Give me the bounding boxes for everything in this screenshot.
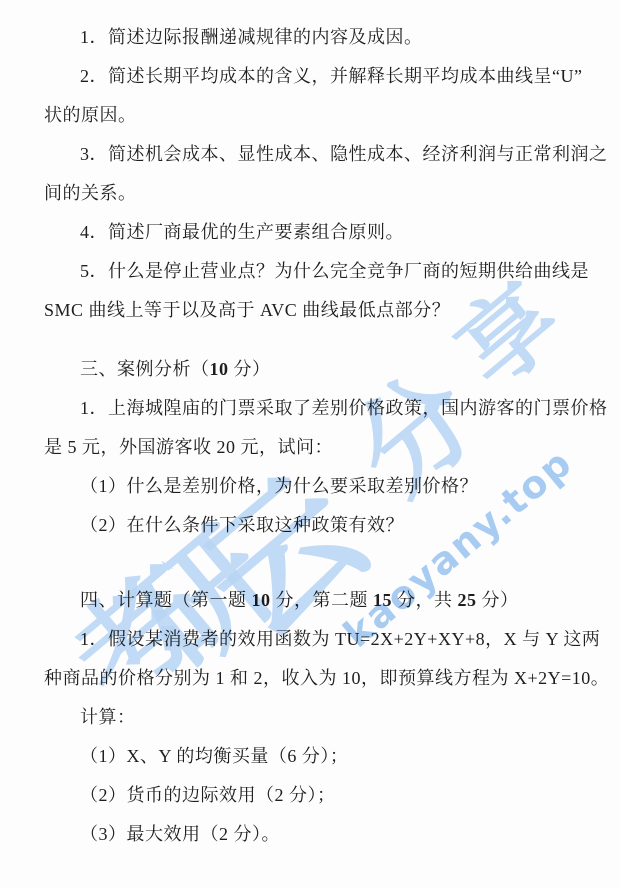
text-layer: 1．简述边际报酬递减规律的内容及成因。2．简述长期平均成本的含义，并解释长期平均… [0, 0, 620, 888]
question-2-4: 4．简述厂商最优的生产要素组合原则。 [44, 213, 614, 252]
question-2-3b: 间的关系。 [44, 174, 614, 213]
question-2-3a: 3．简述机会成本、显性成本、隐性成本、经济利润与正常利润之 [44, 135, 614, 174]
text-segment: （1）什么是差别价格，为什么要采取差别价格？ [80, 476, 478, 496]
question-4-1-sub3: （3）最大效用（2 分）。 [44, 815, 614, 854]
text-segment: 是 5 元，外国游客收 20 元，试问： [44, 437, 333, 457]
text-segment: 1．简述边际报酬递减规律的内容及成因。 [80, 27, 423, 47]
question-2-5a: 5．什么是停止营业点？为什么完全竞争厂商的短期供给曲线是 [44, 252, 614, 291]
text-segment: （2）货币的边际效用（2 分）； [80, 785, 336, 805]
text-segment: （2）在什么条件下采取这种政策有效？ [80, 515, 404, 535]
question-2-2b: 状的原因。 [44, 96, 614, 135]
text-segment: 10 [210, 359, 229, 379]
document-page: 1．简述边际报酬递减规律的内容及成因。2．简述长期平均成本的含义，并解释长期平均… [0, 0, 620, 888]
text-segment: 间的关系。 [44, 183, 137, 203]
text-segment: 5．什么是停止营业点？为什么完全竞争厂商的短期供给曲线是 [80, 261, 589, 281]
text-segment: 15 [373, 590, 392, 610]
question-3-1a: 1．上海城隍庙的门票采取了差别价格政策，国内游客的门票价格 [44, 389, 614, 428]
text-segment: （1）X、Y 的均衡买量（6 分）； [80, 746, 348, 766]
section-heading-3: 三、案例分析（10 分） [44, 350, 614, 389]
text-segment: 1．上海城隍庙的门票采取了差别价格政策，国内游客的门票价格 [80, 398, 608, 418]
question-3-1b: 是 5 元，外国游客收 20 元，试问： [44, 428, 614, 467]
text-segment: SMC 曲线上等于以及高于 AVC 曲线最低点部分？ [44, 300, 450, 320]
text-segment: 分，第二题 [271, 590, 374, 610]
question-4-1b: 种商品的价格分别为 1 和 2，收入为 10，即预算线方程为 X+2Y=10。 [44, 659, 614, 698]
text-segment: 3．简述机会成本、显性成本、隐性成本、经济利润与正常利润之 [80, 144, 608, 164]
question-4-1a: 1．假设某消费者的效用函数为 TU=2X+2Y+XY+8，X 与 Y 这两 [44, 620, 614, 659]
text-segment: 四、计算题（第一题 [80, 590, 252, 610]
question-4-1-calc-label: 计算： [44, 698, 614, 737]
question-4-1-sub2: （2）货币的边际效用（2 分）； [44, 776, 614, 815]
text-segment: 状的原因。 [44, 105, 137, 125]
text-segment: 25 [458, 590, 477, 610]
text-segment: 三、案例分析（ [80, 359, 210, 379]
text-segment: 分） [229, 359, 271, 379]
question-4-1-sub1: （1）X、Y 的均衡买量（6 分）； [44, 737, 614, 776]
text-segment: 10 [252, 590, 271, 610]
text-segment: 2．简述长期平均成本的含义，并解释长期平均成本曲线呈“U” [80, 66, 582, 86]
text-segment: （3）最大效用（2 分）。 [80, 824, 280, 844]
text-segment: 计算： [80, 707, 136, 727]
question-2-5b: SMC 曲线上等于以及高于 AVC 曲线最低点部分？ [44, 291, 614, 330]
text-segment: 分） [477, 590, 519, 610]
question-3-1-sub1: （1）什么是差别价格，为什么要采取差别价格？ [44, 467, 614, 506]
text-segment: 4．简述厂商最优的生产要素组合原则。 [80, 222, 404, 242]
text-segment: 分，共 [392, 590, 458, 610]
question-2-2a: 2．简述长期平均成本的含义，并解释长期平均成本曲线呈“U” [44, 57, 614, 96]
question-2-1: 1．简述边际报酬递减规律的内容及成因。 [44, 18, 614, 57]
text-segment: 1．假设某消费者的效用函数为 TU=2X+2Y+XY+8，X 与 Y 这两 [80, 629, 600, 649]
section-heading-4: 四、计算题（第一题 10 分，第二题 15 分，共 25 分） [44, 581, 614, 620]
text-segment: 种商品的价格分别为 1 和 2，收入为 10，即预算线方程为 X+2Y=10。 [44, 668, 609, 688]
question-3-1-sub2: （2）在什么条件下采取这种政策有效？ [44, 506, 614, 545]
